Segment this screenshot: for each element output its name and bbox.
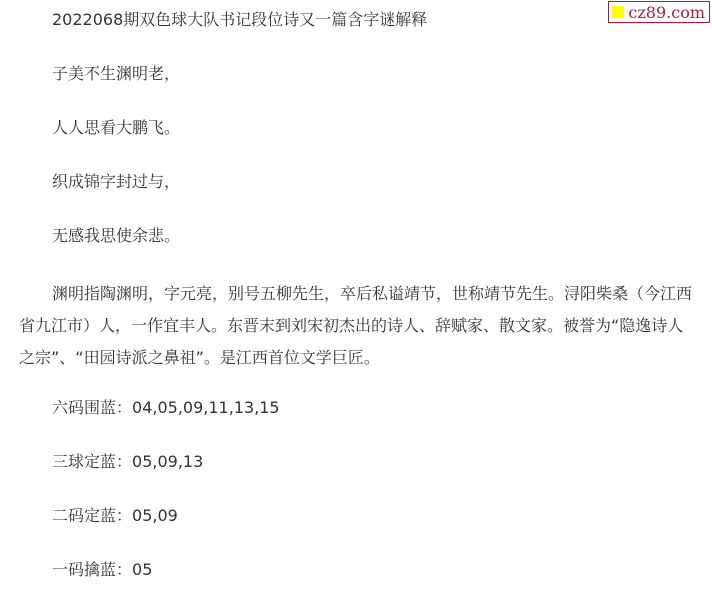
- explanation-paragraph: 渊明指陶渊明，字元亮，别号五柳先生，卒后私谥靖节，世称靖节先生。浔阳柴桑（今江西…: [19, 278, 699, 374]
- result-six-blue: 六码围蓝：04,05,09,11,13,15: [19, 398, 699, 418]
- result-three-blue: 三球定蓝：05,09,13: [19, 452, 699, 472]
- poem-line-1: 子美不生渊明老，: [19, 64, 699, 84]
- poem-line-3: 织成锦字封过与，: [19, 172, 699, 192]
- poem-line-2: 人人思看大鹏飞。: [19, 118, 699, 138]
- result-value: 05,09: [132, 506, 178, 525]
- result-label: 六码围蓝：: [52, 398, 132, 417]
- result-value: 05: [132, 560, 152, 579]
- result-label: 一码擒蓝：: [52, 560, 132, 579]
- poem-line-4: 无感我思使余悲。: [19, 226, 699, 246]
- result-one-blue: 一码擒蓝：05: [19, 560, 699, 580]
- result-two-blue: 二码定蓝：05,09: [19, 506, 699, 526]
- result-value: 04,05,09,11,13,15: [132, 398, 280, 417]
- result-label: 二码定蓝：: [52, 506, 132, 525]
- result-value: 05,09,13: [132, 452, 203, 471]
- article-title: 2022068期双色球大队书记段位诗又一篇含字谜解释: [19, 10, 699, 30]
- result-label: 三球定蓝：: [52, 452, 132, 471]
